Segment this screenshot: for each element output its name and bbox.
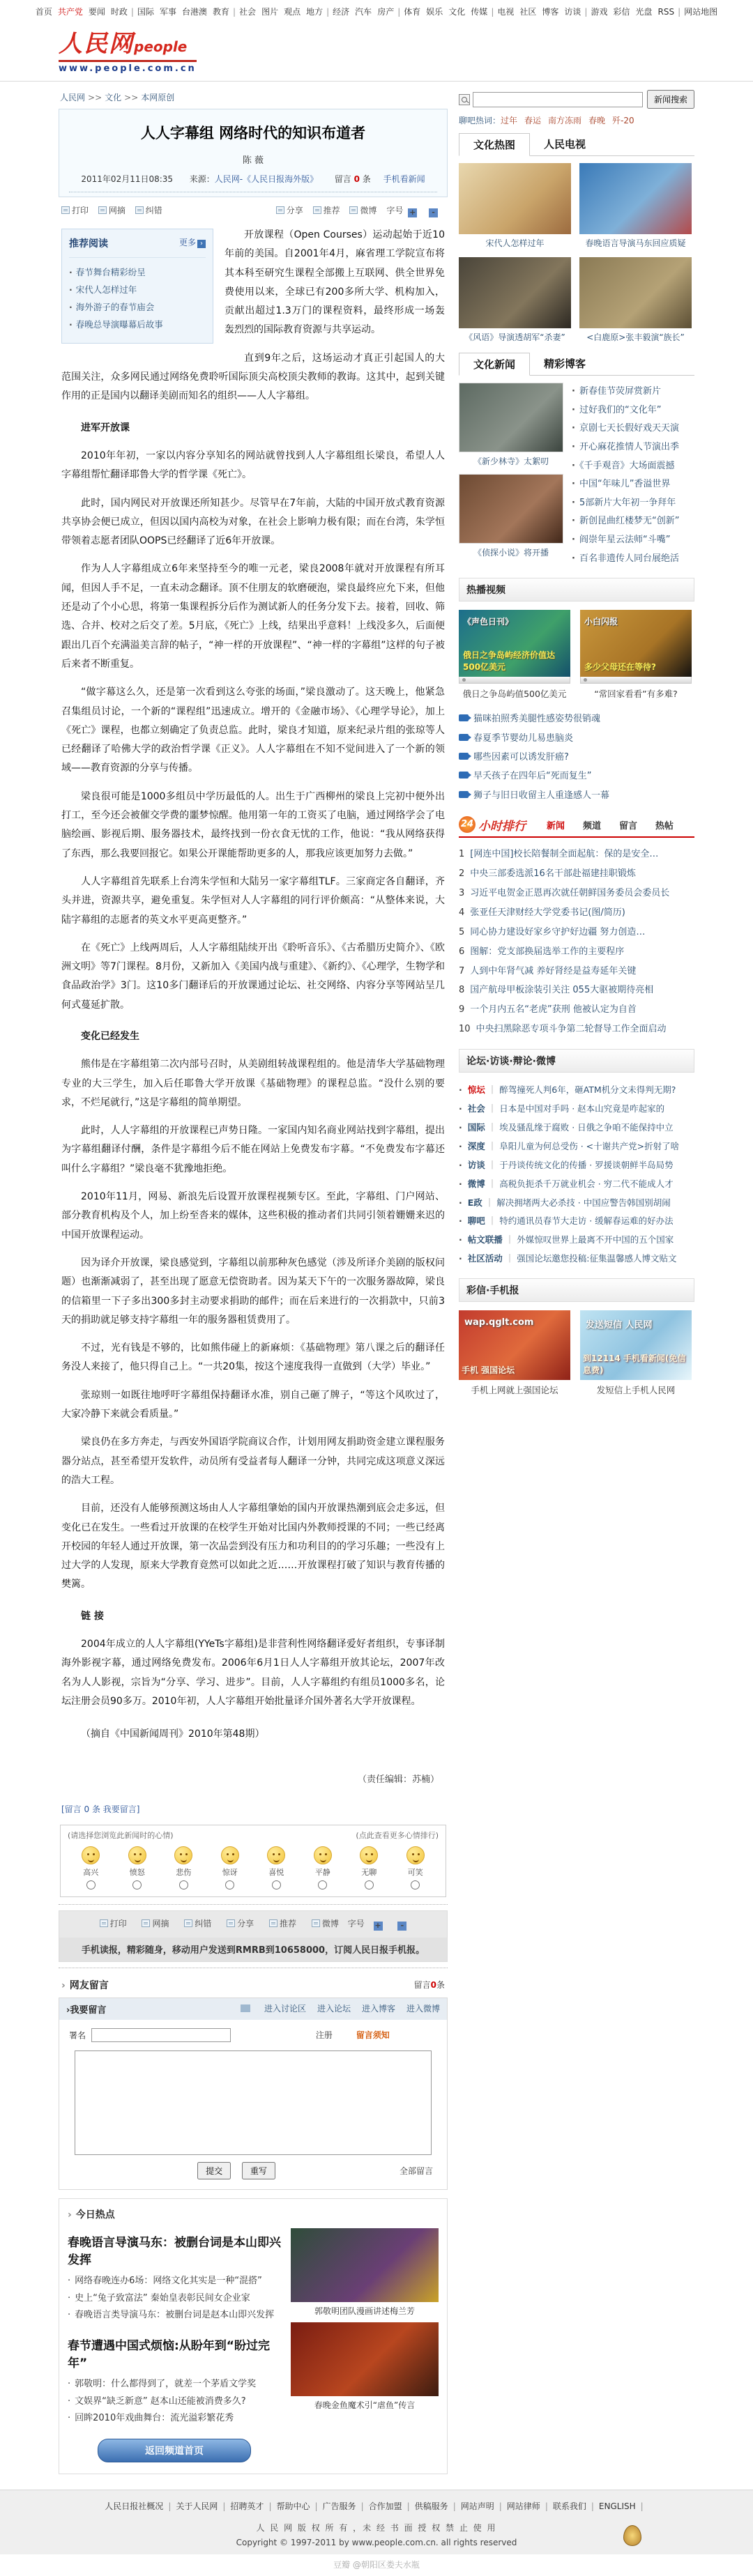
- top-nav-link[interactable]: |: [131, 7, 134, 17]
- recommended-link[interactable]: 春节舞台精彩纷呈: [76, 267, 146, 277]
- top-nav-link[interactable]: 首页: [36, 7, 52, 17]
- bottom-toolbar-band: 打印 网摘 纠错 分享 推荐 微博 字号 + - 手机读报，精彩随身，移动用户发…: [59, 1910, 448, 1962]
- top-nav-link[interactable]: 社会: [239, 7, 256, 17]
- footer-link[interactable]: 广告服务: [323, 2501, 356, 2511]
- thumb-cell: 《侦探小说》将开播: [459, 474, 563, 565]
- weibo-icon: [349, 206, 358, 214]
- footer-link[interactable]: 人民日报社概况: [105, 2501, 163, 2511]
- news-link[interactable]: 《千手观音》大场面震撼: [579, 461, 675, 471]
- banner-line-2: 到12114 手机看新闻(免信息费): [583, 1352, 692, 1376]
- photo-caption-link[interactable]: 宋代人怎样过年: [459, 234, 571, 249]
- hot-headline[interactable]: 春节遭遇中国式烦恼:从盼年到“盼过完年”: [68, 2336, 281, 2370]
- mood-radio[interactable]: [365, 1880, 374, 1889]
- share-icon: [276, 206, 284, 214]
- ranking-header: 24 小时排行 新闻频道留言热帖: [459, 816, 694, 838]
- emoticon-face-icon: [221, 1846, 239, 1864]
- list-item: 开心麻花推情人节演出季: [572, 438, 694, 457]
- video-caption-link[interactable]: “常回家看看”有多难?: [580, 684, 692, 707]
- thumb-cell: 《新少林寺》太絮叨: [459, 383, 563, 474]
- correct-button[interactable]: 纠错: [184, 1919, 211, 1929]
- ranking-link[interactable]: 中央扫黑除恶专项斗争第二轮督导工作全面启动: [476, 1024, 667, 1034]
- footer-link[interactable]: 帮助中心: [276, 2501, 310, 2511]
- footer-link[interactable]: 关于人民网: [176, 2501, 218, 2511]
- top-nav-link[interactable]: 台港澳: [182, 7, 207, 17]
- ranking-link[interactable]: 人到中年肾气减 养好肾经是益寿延年关键: [470, 966, 636, 976]
- article-date: 2011年02月11日08:35: [81, 174, 173, 184]
- ranking-tab[interactable]: 留言: [619, 818, 637, 831]
- news-photo[interactable]: [291, 2322, 439, 2396]
- top-nav-link[interactable]: 娱乐: [426, 7, 443, 17]
- video-link[interactable]: 猫咪拍照秀美腿性感姿势很销魂: [473, 714, 600, 724]
- mood-label: 惊讶: [222, 1868, 238, 1877]
- top-nav-link[interactable]: |: [491, 7, 494, 17]
- top-nav-link[interactable]: 共产党: [58, 7, 83, 17]
- footer-link-wrap: 关于人民网|: [176, 2501, 230, 2511]
- submit-button[interactable]: 提交: [197, 2162, 231, 2179]
- correct-button[interactable]: 纠错: [135, 206, 162, 215]
- separator: |: [222, 2501, 225, 2511]
- footer-link-wrap: 广告服务|: [323, 2501, 369, 2511]
- ranking-item: 人到中年肾气减 养好肾经是益寿延年关键: [459, 962, 694, 981]
- top-nav-link[interactable]: 图片: [261, 7, 278, 17]
- video-camera-icon: [459, 734, 469, 741]
- top-nav-link[interactable]: 网站地图: [684, 7, 717, 17]
- ranking-item: [网连中国]校长陪餐制全面起航：保的是安全…: [459, 845, 694, 864]
- news-link[interactable]: 新春佳节荧屏赏新片: [579, 386, 661, 397]
- video-camera-icon: [459, 772, 469, 779]
- article-paragraph: 进军开放课: [61, 419, 445, 438]
- video-link[interactable]: 哪些因素可以诱发肝癌?: [473, 752, 569, 762]
- separator: ｜: [488, 1122, 497, 1133]
- video-thumbnail[interactable]: 《声色日刊》 俄日之争岛屿经济价值达500亿美元: [459, 610, 570, 677]
- top-nav-link[interactable]: 房产: [377, 7, 394, 17]
- recommended-list: 春节舞台精彩纷呈宋代人怎样过年海外游子的春节庙会春晚总导演曝幕后故事: [69, 263, 206, 333]
- top-nav-link[interactable]: 国际: [137, 7, 154, 17]
- share-button[interactable]: 分享: [276, 206, 303, 215]
- forum-topic-link[interactable]: 埃及骚乱缘于腐败 · 日俄之争咱不能保持中立: [499, 1122, 673, 1133]
- footer-link-wrap: 人民日报社概况|: [105, 2501, 176, 2511]
- top-nav-link[interactable]: |: [326, 7, 329, 17]
- comment-textarea[interactable]: [75, 2050, 432, 2155]
- culture-news-list: 中国“年味儿”香溢世界5部新片大年初一争拜年新创昆曲红楼梦无“创新”阎崇年星云法…: [572, 475, 694, 568]
- thumbs-up-icon: [269, 1919, 277, 1927]
- list-item: 海外游子的春节庙会: [69, 298, 206, 316]
- top-nav-link[interactable]: |: [584, 7, 587, 17]
- photo-caption-link[interactable]: 《风语》导演透胡军“杀妻”: [459, 328, 571, 343]
- video-cell: 小白闪报 多少父母还在等待? “常回家看看”有多难?: [580, 610, 692, 707]
- news-link[interactable]: 过好我们的“文化年”: [579, 405, 661, 415]
- mobile-news-link[interactable]: 手机看新闻: [383, 174, 425, 184]
- video-overlay-title: 《声色日刊》: [463, 615, 513, 627]
- footer-link-wrap: 网站律师|: [507, 2501, 553, 2511]
- list-item: 哪些因素可以诱发肝癌?: [459, 748, 694, 767]
- news-photo[interactable]: [459, 383, 563, 452]
- news-link[interactable]: 百名非遗传人同台展绝活: [579, 553, 679, 564]
- mood-ranking-link[interactable]: (点此查看更多心情排行): [356, 1830, 439, 1841]
- separator: ｜: [488, 1216, 497, 1226]
- news-link[interactable]: 京剧七天长假好戏天天演: [579, 423, 679, 434]
- hot-item-link[interactable]: 网络春晚连办6场：网络文化其实是一种“混搭”: [75, 2276, 262, 2286]
- forum-topic-link[interactable]: 阜阳儿童为何总受伤 · <十谢共产党>折射了啥: [499, 1141, 679, 1151]
- separator: |: [361, 2501, 364, 2511]
- community-link[interactable]: 进入论坛: [317, 2004, 351, 2014]
- mood-radio[interactable]: [86, 1880, 96, 1889]
- ranking-tab[interactable]: 热帖: [655, 818, 674, 831]
- top-nav-link[interactable]: 彩信: [613, 7, 630, 17]
- forum-category-link[interactable]: 帖文联播: [468, 1234, 503, 1245]
- list-item: 狮子与旧日收留主人重逢感人一幕: [459, 786, 694, 805]
- top-nav-link[interactable]: 体育: [404, 7, 420, 17]
- forum-category-link[interactable]: 社区活动: [468, 1253, 503, 1264]
- ranking-tab[interactable]: 新闻: [547, 818, 565, 831]
- ranking-link[interactable]: 张亚任天津财经大学党委书记(图/简历): [470, 907, 625, 918]
- top-nav-link[interactable]: 光盘: [636, 7, 653, 17]
- separator: |: [453, 2501, 456, 2511]
- recommended-more-link[interactable]: 更多›: [179, 235, 206, 254]
- footer-link[interactable]: 合作加盟: [369, 2501, 402, 2511]
- tab-culture-photos[interactable]: 文化热图: [459, 133, 530, 156]
- mood-radio[interactable]: [318, 1880, 327, 1889]
- mood-radio[interactable]: [272, 1880, 281, 1889]
- people-logo[interactable]: 人民网people www.people.com.cn: [59, 24, 197, 74]
- video-link[interactable]: 早夭孩子在四年后“死而复生”: [473, 771, 591, 781]
- video-list: 猫咪拍照秀美腿性感姿势很销魂春夏季节婴幼儿易患脑炎哪些因素可以诱发肝癌?早夭孩子…: [459, 710, 694, 804]
- forum-category-link[interactable]: 聊吧: [468, 1216, 485, 1226]
- separator: |: [268, 2501, 271, 2511]
- list-item: 中国“年味儿”香溢世界: [572, 475, 694, 494]
- signature-label: 署名: [69, 2030, 86, 2040]
- photo-caption: 春晚金鱼魔术引“虐鱼”传言: [291, 2396, 439, 2416]
- top-nav-link[interactable]: 要闻: [89, 7, 105, 17]
- page-root: 首页共产党要闻时政|国际军事台港澳教育|社会图片观点地方|经济汽车房产|体育娱乐…: [0, 0, 753, 2576]
- forum-topic-link[interactable]: 于丹谈传统文化的传播 · 罗援谈朝鲜半岛局势: [499, 1160, 673, 1170]
- news-search: 新闻搜索: [459, 87, 694, 113]
- footer-link[interactable]: ENGLISH: [599, 2501, 636, 2511]
- news-photo[interactable]: [459, 474, 563, 544]
- recommended-link[interactable]: 海外游子的春节庙会: [76, 302, 155, 312]
- thumb-caption-link[interactable]: 《侦探小说》将开播: [459, 544, 563, 565]
- top-nav-link[interactable]: RSS: [658, 7, 675, 17]
- banner-image[interactable]: 发送短信 人民网 到12114 手机看新闻(免信息费): [580, 1310, 692, 1380]
- community-link[interactable]: 进入讨论区: [264, 2004, 306, 2014]
- dotted-divider: [59, 1968, 448, 1968]
- hot-word-link[interactable]: 春运: [524, 116, 541, 125]
- print-button[interactable]: 打印: [100, 1919, 127, 1929]
- top-nav-link[interactable]: 社区: [519, 7, 536, 17]
- forum-category-link[interactable]: 深度: [468, 1141, 485, 1151]
- forum-topic-link[interactable]: 特约通讯员春节大走访 · 缓解春运难的好办法: [499, 1216, 673, 1226]
- print-button[interactable]: 打印: [61, 206, 89, 215]
- banner-line-1: 发送短信 人民网: [586, 1317, 653, 1331]
- mood-label: 平静: [315, 1868, 330, 1877]
- news-photo[interactable]: [291, 2228, 439, 2302]
- video-player-bar[interactable]: [580, 677, 692, 684]
- mood-radio[interactable]: [411, 1880, 420, 1889]
- list-item: 春节舞台精彩纷呈: [69, 263, 206, 281]
- font-decrease-button[interactable]: -: [429, 208, 438, 217]
- hot-words-row: 聊吧热词：过年春运南方冻雨春晚歼-20: [459, 113, 694, 133]
- article-meta: 2011年02月11日08:35 来源：人民网-《人民日报海外版》 留言 0 条…: [69, 173, 437, 192]
- top-nav-link[interactable]: 地方: [306, 7, 323, 17]
- font-increase-button[interactable]: +: [374, 1922, 383, 1931]
- breadcrumb-link[interactable]: >>: [88, 93, 102, 102]
- list-item: 《千手观音》大场面震撼: [572, 457, 694, 476]
- breadcrumb-link[interactable]: 文化: [105, 93, 121, 102]
- top-nav-link[interactable]: 军事: [160, 7, 176, 17]
- article-paragraph: 因为译介开放课，梁良感觉到，字幕组以前那种灰色感觉（涉及所译介美剧的版权问题）也…: [61, 1254, 445, 1330]
- culture-thumbs: 《新少林寺》太絮叨 《侦探小说》将开播: [459, 383, 563, 565]
- photo-caption-link[interactable]: <白鹿原>张丰毅演“族长”: [579, 328, 692, 343]
- news-photo[interactable]: [579, 163, 692, 234]
- recommend-button[interactable]: 推荐: [269, 1919, 296, 1929]
- top-nav-link[interactable]: 汽车: [355, 7, 372, 17]
- footer-link-wrap: 合作加盟|: [369, 2501, 415, 2511]
- community-link[interactable]: 进入博客: [362, 2004, 395, 2014]
- register-link[interactable]: 注册: [316, 2030, 333, 2040]
- photo-caption-link[interactable]: 春晚语言导演马东回应质疑: [579, 234, 692, 249]
- video-overlay-subtitle: 俄日之争岛屿经济价值达500亿美元: [463, 649, 570, 673]
- hot-words-label: 聊吧热词：: [459, 116, 501, 125]
- news-photo[interactable]: [459, 257, 571, 328]
- top-nav-link[interactable]: 电视: [497, 7, 514, 17]
- footer-links: 人民日报社概况|关于人民网|招聘英才|帮助中心|广告服务|合作加盟|供稿服务|网…: [0, 2500, 753, 2512]
- video-link[interactable]: 春夏季节婴幼儿易患脑炎: [473, 733, 573, 744]
- hot-item-link[interactable]: 文娱界“缺乏新意” 赵本山还能被消费多久?: [75, 2396, 246, 2407]
- photo-caption: 郭敬明团队漫画讲述梅兰芳: [291, 2302, 439, 2322]
- font-decrease-button[interactable]: -: [397, 1922, 406, 1931]
- comment-notice-link[interactable]: 留言须知: [356, 2030, 390, 2040]
- recommend-button[interactable]: 推荐: [313, 206, 340, 215]
- separator: ｜: [488, 1141, 497, 1151]
- article-paragraph: 2010年年初，一家以内容分享知名的网站就曾找到人人字幕组组长梁良，希望人人字幕…: [61, 447, 445, 485]
- video-thumbnail[interactable]: 小白闪报 多少父母还在等待?: [580, 610, 692, 677]
- all-comments-link[interactable]: 全部留言: [400, 2165, 433, 2177]
- chat-icon: [241, 2004, 250, 2012]
- digest-button[interactable]: 网摘: [98, 206, 125, 215]
- culture-news-block-1: 《新少林寺》太絮叨 《侦探小说》将开播 新春佳节荧屏赏新片过好我们的“文化年”京…: [459, 383, 694, 568]
- top-nav-link[interactable]: 文化: [448, 7, 465, 17]
- top-nav-link[interactable]: 教育: [213, 7, 229, 17]
- community-link[interactable]: 进入微博: [406, 2004, 440, 2014]
- hot-list: 郭敬明：什么都得到了，就差一个茅盾文学奖文娱界“缺乏新意” 赵本山还能被消费多久…: [68, 2376, 281, 2428]
- page-title: 人人字幕组 网络时代的知识布道者: [69, 122, 437, 143]
- video-link[interactable]: 狮子与旧日收留主人重逢感人一幕: [473, 790, 609, 801]
- tab-culture-news[interactable]: 文化新闻: [459, 353, 530, 376]
- forum-category-link[interactable]: 微博: [468, 1179, 485, 1189]
- ranking-link[interactable]: 国产航母甲板涂装引关注 055大驱被期待亮相: [470, 985, 653, 995]
- ranking-link[interactable]: 习近平电贺金正恩再次就任朝鲜国务委员会委员长: [470, 888, 669, 898]
- bookmark-icon: [98, 206, 107, 214]
- hot-headline[interactable]: 春晚语言导演马东：被删台词是本山即兴发挥: [68, 2232, 281, 2267]
- comments-section-title: 网友留言: [70, 1980, 109, 1991]
- top-nav-link[interactable]: |: [678, 7, 680, 17]
- mood-radio[interactable]: [179, 1880, 188, 1889]
- forum-category-link[interactable]: 国际: [468, 1122, 485, 1133]
- comment-count: 0: [354, 174, 360, 184]
- top-nav-link[interactable]: 传媒: [471, 7, 487, 17]
- ranking-link[interactable]: 一个月内五名“老虎”获刑 他被认定为自首: [470, 1004, 637, 1015]
- banner-caption-link[interactable]: 发短信上手机人民网: [580, 1380, 692, 1396]
- forum-category-link[interactable]: 惊坛: [468, 1084, 485, 1095]
- rewrite-button[interactable]: 重写: [242, 2162, 275, 2179]
- print-icon: [100, 1919, 108, 1927]
- share-icon: [227, 1919, 235, 1927]
- top-nav-link[interactable]: 博客: [542, 7, 558, 17]
- news-link[interactable]: 阎崇年星云法师“斗嘴”: [579, 535, 670, 545]
- font-increase-button[interactable]: +: [408, 208, 417, 217]
- hot-word-link[interactable]: 歼-20: [612, 116, 634, 125]
- source-link[interactable]: 人民网-《人民日报海外版》: [215, 174, 318, 184]
- news-link[interactable]: 开心麻花推情人节演出季: [579, 442, 679, 452]
- search-input[interactable]: [473, 92, 643, 107]
- article-header: 人人字幕组 网络时代的知识布道者 陈 薇 2011年02月11日08:35 来源…: [59, 109, 448, 197]
- search-button[interactable]: 新闻搜索: [647, 90, 694, 109]
- mood-radio[interactable]: [225, 1880, 234, 1889]
- forum-category-link[interactable]: 访谈: [468, 1160, 485, 1170]
- weibo-button[interactable]: 微博: [312, 1919, 339, 1929]
- back-to-channel-button[interactable]: 返回频道首页: [98, 2439, 251, 2462]
- mood-option: 惊讶: [221, 1846, 239, 1889]
- breadcrumb-link[interactable]: 人民网: [60, 93, 85, 102]
- ranking-item: 图解：党支部换届选举工作的主要程序: [459, 942, 694, 962]
- top-nav-link[interactable]: 经济: [333, 7, 349, 17]
- photo-cell: 宋代人怎样过年: [459, 163, 571, 249]
- today-hot-box: ›今日热点 春晚语言导演马东：被删台词是本山即兴发挥 网络春晚连办6场：网络文化…: [59, 2198, 448, 2474]
- digest-button[interactable]: 网摘: [142, 1919, 169, 1929]
- community-links: 进入讨论区进入论坛进入博客进入微博: [241, 2002, 440, 2016]
- comment-shortcut-link[interactable]: [留言 0 条 我要留言]: [61, 1804, 139, 1814]
- share-button[interactable]: 分享: [227, 1919, 254, 1929]
- breadcrumb-link[interactable]: 本网原创: [141, 93, 174, 102]
- top-nav-link[interactable]: |: [233, 7, 236, 17]
- mood-label: 可笑: [408, 1868, 423, 1877]
- hot-image-cell: 郭敬明团队漫画讲述梅兰芳: [291, 2228, 439, 2322]
- forum-topic-link[interactable]: 强国论坛邀您投稿:征集温馨感人博文贴文: [517, 1253, 676, 1264]
- ranking-link[interactable]: [网连中国]校长陪餐制全面起航：保的是安全…: [470, 849, 658, 859]
- mood-option: 高兴: [82, 1846, 100, 1889]
- forum-topic-link[interactable]: 日本是中国对手吗 · 赵本山究竟是咋起家的: [499, 1103, 664, 1114]
- signature-input[interactable]: [91, 2028, 231, 2042]
- footer-link[interactable]: 供稿服务: [415, 2501, 448, 2511]
- hot-item-link[interactable]: 史上“兔子致富法” 秦始皇表彰民间女企业家: [75, 2293, 250, 2303]
- print-icon: [61, 206, 70, 214]
- news-photo[interactable]: [579, 257, 692, 328]
- forum-category-link[interactable]: E政: [468, 1197, 482, 1208]
- news-photo[interactable]: [459, 163, 571, 234]
- list-item: 春晚总导演曝幕后故事: [69, 316, 206, 333]
- article-paragraph: 2004年成立的人人字幕组(YYeTs字幕组)是非营利性网络翻译爱好者组织，专事…: [61, 1635, 445, 1711]
- forum-topic-link[interactable]: 高税负扼杀千万就业机会 · 穷二代不能成人才: [499, 1179, 673, 1189]
- footer-link[interactable]: 网站声明: [461, 2501, 494, 2511]
- footer-link[interactable]: 招聘英才: [230, 2501, 264, 2511]
- fontsize-label: 字号: [348, 1919, 365, 1929]
- top-nav-link[interactable]: 观点: [284, 7, 301, 17]
- forum-category-link[interactable]: 社会: [468, 1103, 485, 1114]
- recommended-link[interactable]: 春晚总导演曝幕后故事: [76, 319, 163, 330]
- banner-image[interactable]: wap.qglt.com 手机 强国论坛: [459, 1310, 570, 1380]
- arrow-right-icon: ›: [197, 240, 206, 248]
- top-nav-link[interactable]: 游戏: [591, 7, 607, 17]
- separator: |: [545, 2501, 548, 2511]
- mms-banners: wap.qglt.com 手机 强国论坛 手机上网就上强国论坛 发送短信 人民网…: [459, 1310, 694, 1396]
- forum-list: 惊坛｜醉驾撞死人判6年，砸ATM机分文未得判无期? 社会｜日本是中国对手吗 · …: [459, 1081, 694, 1268]
- separator: ｜: [505, 1253, 515, 1264]
- article-paragraph: 此时，国内网民对开放课还所知甚少。尽管早在7年前，大陆的中国开放式教育资源共享协…: [61, 494, 445, 551]
- top-nav-link[interactable]: 访谈: [564, 7, 581, 17]
- ranking-list: [网连中国]校长陪餐制全面起航：保的是安全…中央三部委选派16名干部赴福建挂职锻…: [459, 845, 694, 1039]
- footer: 人民日报社概况|关于人民网|招聘英才|帮助中心|广告服务|合作加盟|供稿服务|网…: [0, 2490, 753, 2554]
- separator: ｜: [488, 1103, 497, 1114]
- hot-list: 网络春晚连办6场：网络文化其实是一种“混搭”史上“兔子致富法” 秦始皇表彰民间女…: [68, 2273, 281, 2324]
- banner-caption-link[interactable]: 手机上网就上强国论坛: [459, 1380, 570, 1396]
- ranking-link[interactable]: 同心协力建设好家乡守护好边疆 努力创造…: [470, 927, 645, 937]
- news-link[interactable]: 中国“年味儿”香溢世界: [579, 479, 670, 489]
- chevron-right-icon: ›: [61, 1980, 66, 1991]
- footer-link-wrap: 供稿服务|: [415, 2501, 461, 2511]
- ranking-tab[interactable]: 频道: [583, 818, 601, 831]
- video-caption-link[interactable]: 俄日之争岛屿值500亿美元: [459, 684, 570, 707]
- ranking-link[interactable]: 图解：党支部换届选举工作的主要程序: [470, 946, 624, 957]
- ranking-link[interactable]: 中央三部委选派16名干部赴福建挂职锻炼: [470, 868, 636, 879]
- mood-option: 悲伤: [174, 1846, 192, 1889]
- news-link[interactable]: 5部新片大年初一争拜年: [579, 498, 676, 508]
- mood-option: 喜悦: [267, 1846, 285, 1889]
- separator: ｜: [488, 1179, 497, 1189]
- article-paragraph: 张琼则一如既往地呼吁字幕组保持翻译水准，别自己砸了牌子，“等这个风吹过了，大家冷…: [61, 1386, 445, 1425]
- mood-vote-box: (请选择您浏览此新闻时的心情) (点此查看更多心情排行) 高兴: [60, 1825, 446, 1897]
- ranking-tabs: 新闻频道留言热帖: [547, 818, 674, 831]
- emoticon-face-icon: [128, 1846, 146, 1864]
- hot-word-link[interactable]: 过年: [501, 116, 517, 125]
- ranking-item: 张亚任天津财经大学党委书记(图/简历): [459, 903, 694, 923]
- comment-count-link[interactable]: 留言 0 条: [335, 174, 371, 184]
- video-player-bar[interactable]: [459, 677, 570, 684]
- emoticon-face-icon: [406, 1846, 425, 1864]
- forum-topic-link[interactable]: 醉驾撞死人判6年，砸ATM机分文未得判无期?: [499, 1084, 676, 1095]
- article-body: 推荐阅读 更多› 春节舞台精彩纷呈宋代人怎样过年海外游子的春节庙会春晚总导演曝幕…: [59, 224, 448, 1797]
- weibo-button[interactable]: 微博: [349, 206, 376, 215]
- mood-radio[interactable]: [132, 1880, 142, 1889]
- news-link[interactable]: 新创昆曲红楼梦无“创新”: [579, 516, 679, 526]
- hot-item-link[interactable]: 春晚语言类导演马东：被删台词是赵本山即兴发挥: [75, 2310, 274, 2320]
- logo-url: www.people.com.cn: [59, 60, 197, 74]
- article-toolbar: 打印 网摘 纠错 分享 推荐 微博 字号 + -: [59, 197, 448, 224]
- hot-item-link[interactable]: 回眸2010年戏曲舞台：流光溢彩繁花秀: [75, 2413, 234, 2423]
- top-nav-link[interactable]: |: [397, 7, 400, 17]
- thumbs-up-icon: [313, 206, 321, 214]
- breadcrumb-link[interactable]: >>: [124, 93, 138, 102]
- tab-featured-blogs[interactable]: 精彩博客: [530, 353, 600, 375]
- mood-option: 无聊: [360, 1846, 378, 1889]
- chevron-right-icon: ›: [68, 2209, 72, 2221]
- hot-word-link[interactable]: 南方冻雨: [548, 116, 581, 125]
- footer-link[interactable]: 联系我们: [553, 2501, 586, 2511]
- top-nav-link[interactable]: 时政: [111, 7, 128, 17]
- hot-item-link[interactable]: 郭敬明：什么都得到了，就差一个茅盾文学奖: [75, 2379, 256, 2389]
- security-badge-icon: [623, 2525, 641, 2546]
- thumb-caption-link[interactable]: 《新少林寺》太絮叨: [459, 452, 563, 474]
- recommended-link[interactable]: 宋代人怎样过年: [76, 284, 137, 295]
- footer-link-wrap: 帮助中心|: [276, 2501, 322, 2511]
- hot-word-link[interactable]: 春晚: [588, 116, 605, 125]
- footer-link[interactable]: 网站律师: [507, 2501, 540, 2511]
- tab-people-tv[interactable]: 人民电视: [530, 133, 600, 155]
- article-paragraph: 2010年11月，网易、新浪先后设置开放课程视频专区。至此，字幕组、门户网站、部…: [61, 1188, 445, 1245]
- emoticon-face-icon: [314, 1846, 332, 1864]
- forum-topic-link[interactable]: 外媒惊叹世界上最离不开中国的五个国家: [517, 1234, 674, 1245]
- hot-image-column: 郭敬明团队漫画讲述梅兰芳 春晚金鱼魔术引“虐鱼”传言: [291, 2228, 439, 2462]
- forum-topic-link[interactable]: 解决拥堵两大必杀技 · 中国应警告韩国别胡闹: [496, 1197, 670, 1208]
